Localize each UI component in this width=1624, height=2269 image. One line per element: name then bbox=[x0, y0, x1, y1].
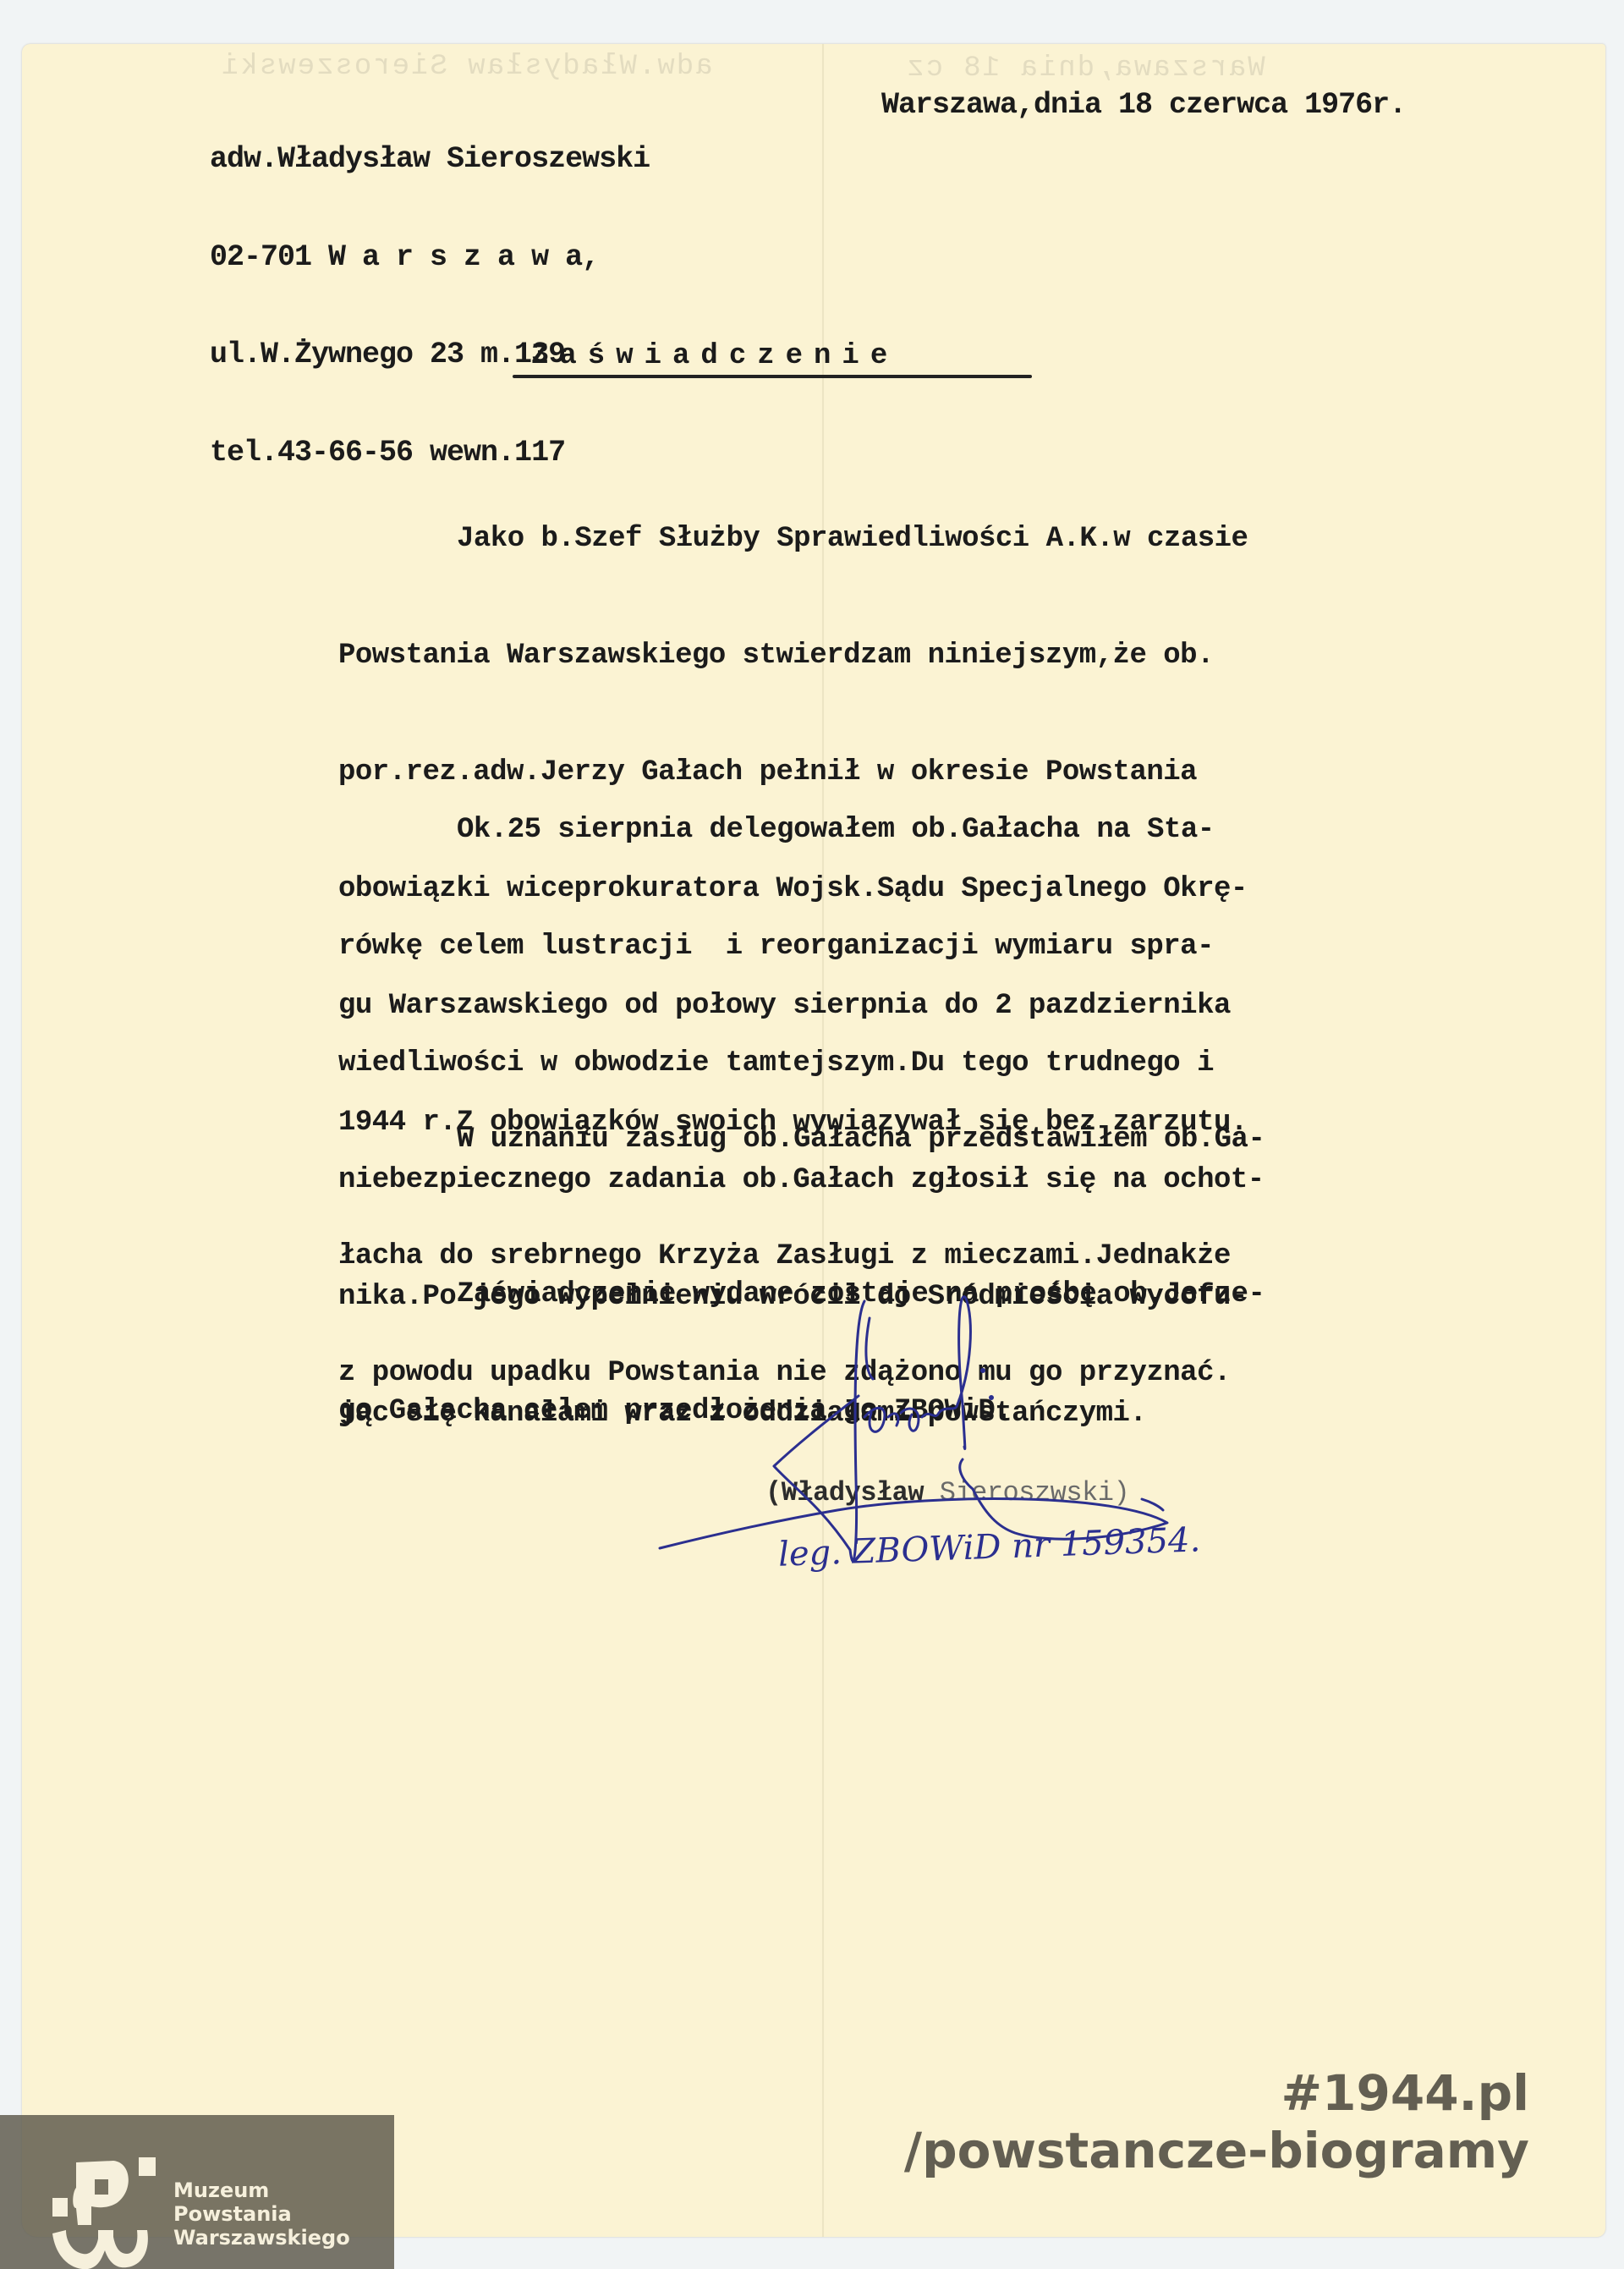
bleed-through-text: Warszawa,dnia 18 cz bbox=[905, 52, 1265, 85]
watermark-path: /powstancze-biogramy bbox=[904, 2122, 1529, 2179]
museum-name-line: Muzeum bbox=[173, 2178, 350, 2202]
paragraph-line: Powstania Warszawskiego stwierdzam ninie… bbox=[338, 636, 1387, 675]
paragraph-line: W uznaniu zasług ob.Gałacha przedstawiłe… bbox=[338, 1120, 1387, 1159]
paragraph-line: Jako b.Szef Służby Sprawiedliwości A.K.w… bbox=[338, 519, 1387, 558]
paragraph-line: Ok.25 sierpnia delegowałem ob.Gałacha na… bbox=[338, 810, 1387, 849]
document-title: Zaświadczenie bbox=[531, 340, 898, 372]
document-date: Warszawa,dnia 18 czerwca 1976r. bbox=[881, 88, 1406, 122]
kotwica-anchor-icon bbox=[52, 2157, 162, 2269]
museum-name-line: Warszawskiego bbox=[173, 2226, 350, 2250]
paragraph-line: rówkę celem lustracji i reorganizacji wy… bbox=[338, 927, 1387, 966]
sender-name: adw.Władysław Sieroszewski bbox=[210, 143, 650, 176]
handwritten-signature bbox=[643, 1269, 1319, 1624]
museum-name: Muzeum Powstania Warszawskiego bbox=[173, 2178, 350, 2250]
watermark-site: #1944.pl bbox=[1281, 2064, 1529, 2122]
title-underline bbox=[513, 375, 1032, 378]
sender-postal: 02-701 W a r s z a w a, bbox=[210, 241, 650, 274]
sender-address-block: adw.Władysław Sieroszewski 02-701 W a r … bbox=[210, 78, 650, 502]
museum-name-line: Powstania bbox=[173, 2202, 350, 2226]
